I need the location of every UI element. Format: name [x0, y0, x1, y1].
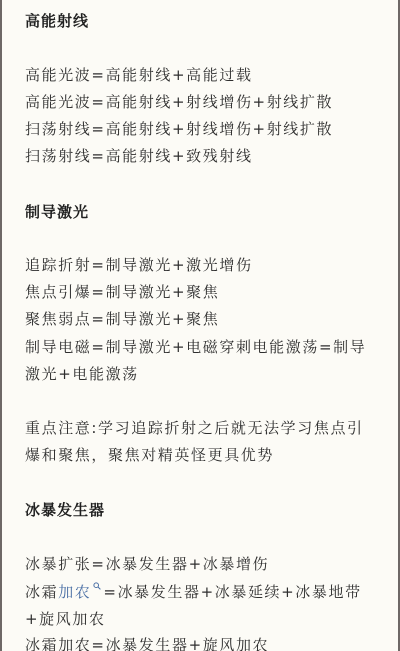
- formula-rest: =冰暴发生器+冰暴延续+冰暴地带: [103, 583, 361, 601]
- formula-line: 扫荡射线=高能射线+致残射线: [25, 145, 253, 166]
- formula-line: 扫荡射线=高能射线+射线增伤+射线扩散: [25, 118, 333, 139]
- search-icon[interactable]: [93, 582, 101, 590]
- section-heading-ice-storm-generator: 冰暴发生器: [25, 499, 105, 520]
- formula-line: 追踪折射=制导激光+激光增伤: [25, 254, 253, 275]
- formula-line: 高能光波=高能射线+高能过载: [25, 64, 253, 85]
- section-heading-high-energy-ray: 高能射线: [25, 10, 89, 31]
- formula-line: 聚焦弱点=制导激光+聚焦: [25, 308, 219, 329]
- section-heading-guided-laser: 制导激光: [25, 201, 89, 222]
- formula-line-with-link: 冰霜加农=冰暴发生器+冰暴延续+冰暴地带: [25, 581, 362, 602]
- note-line: 爆和聚焦，聚焦对精英怪更具优势: [25, 444, 274, 465]
- search-link-jianong[interactable]: 加农: [58, 583, 91, 601]
- formula-line: 冰霜加农=冰暴发生器+旋风加农: [25, 634, 269, 651]
- formula-line: +旋风加农: [25, 608, 106, 629]
- formula-line: 激光+电能激荡: [25, 363, 139, 384]
- document-page: 高能射线 高能光波=高能射线+高能过载 高能光波=高能射线+射线增伤+射线扩散 …: [0, 0, 400, 651]
- formula-line: 焦点引爆=制导激光+聚焦: [25, 281, 219, 302]
- link-line-prefix: 冰霜: [25, 583, 58, 601]
- formula-line: 高能光波=高能射线+射线增伤+射线扩散: [25, 91, 333, 112]
- note-line: 重点注意:学习追踪折射之后就无法学习焦点引: [25, 417, 364, 438]
- formula-line: 制导电磁=制导激光+电磁穿刺电能激荡=制导: [25, 336, 366, 357]
- formula-line: 冰暴扩张=冰暴发生器+冰暴增伤: [25, 553, 269, 574]
